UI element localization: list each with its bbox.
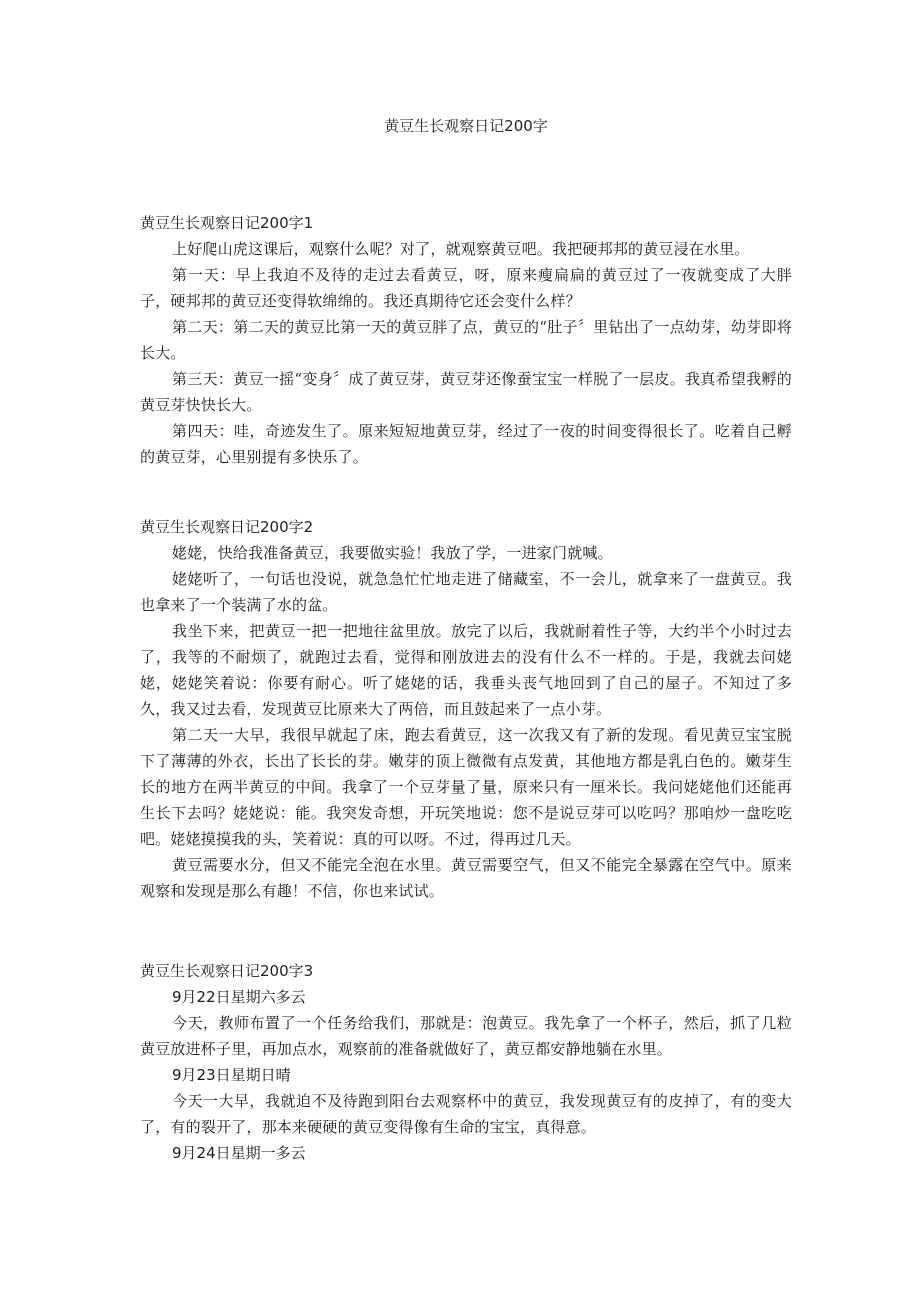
paragraph: 第三天：黄豆一摇“变身〞成了黄豆芽，黄豆芽还像蚕宝宝一样脱了一层皮。我真希望我孵… [140,366,792,418]
section-3: 黄豆生长观察日记200字3 9月22日星期六多云 今天，教师布置了一个任务给我们… [140,958,792,1166]
paragraph: 姥姥听了，一句话也没说，就急急忙忙地走进了储藏室，不一会儿，就拿来了一盘黄豆。我… [140,566,792,618]
paragraph: 上好爬山虎这课后，观察什么呢？对了，就观察黄豆吧。我把硬邦邦的黄豆浸在水里。 [140,236,792,262]
section-heading: 黄豆生长观察日记200字1 [140,210,792,236]
paragraph: 第四天：哇，奇迹发生了。原来短短地黄豆芽，经过了一夜的时间变得很长了。吃着自己孵… [140,418,792,470]
section-heading: 黄豆生长观察日记200字2 [140,514,792,540]
diary-date: 9月24日星期一多云 [140,1140,792,1166]
paragraph: 第二天：第二天的黄豆比第一天的黄豆胖了点，黄豆的“肚子〞里钻出了一点幼芽，幼芽即… [140,314,792,366]
diary-date: 9月23日星期日晴 [140,1062,792,1088]
paragraph: 我坐下来，把黄豆一把一把地往盆里放。放完了以后，我就耐着性子等，大约半个小时过去… [140,618,792,722]
paragraph: 黄豆需要水分，但又不能完全泡在水里。黄豆需要空气，但又不能完全暴露在空气中。原来… [140,852,792,904]
section-1: 黄豆生长观察日记200字1 上好爬山虎这课后，观察什么呢？对了，就观察黄豆吧。我… [140,210,792,470]
section-2: 黄豆生长观察日记200字2 姥姥，快给我准备黄豆，我要做实验！我放了学，一进家门… [140,514,792,904]
paragraph: 第二天一大早，我很早就起了床，跑去看黄豆，这一次我又有了新的发现。看见黄豆宝宝脱… [140,722,792,852]
paragraph: 姥姥，快给我准备黄豆，我要做实验！我放了学，一进家门就喊。 [140,540,792,566]
document-title: 黄豆生长观察日记200字 [140,114,792,138]
section-heading: 黄豆生长观察日记200字3 [140,958,792,984]
diary-date: 9月22日星期六多云 [140,984,792,1010]
diary-entry-text: 今天一大早，我就迫不及待跑到阳台去观察杯中的黄豆，我发现黄豆有的皮掉了，有的变大… [140,1088,792,1140]
paragraph: 第一天：早上我迫不及待的走过去看黄豆，呀，原来瘦扁扁的黄豆过了一夜就变成了大胖子… [140,262,792,314]
diary-entry-text: 今天，教师布置了一个任务给我们，那就是：泡黄豆。我先拿了一个杯子，然后，抓了几粒… [140,1010,792,1062]
